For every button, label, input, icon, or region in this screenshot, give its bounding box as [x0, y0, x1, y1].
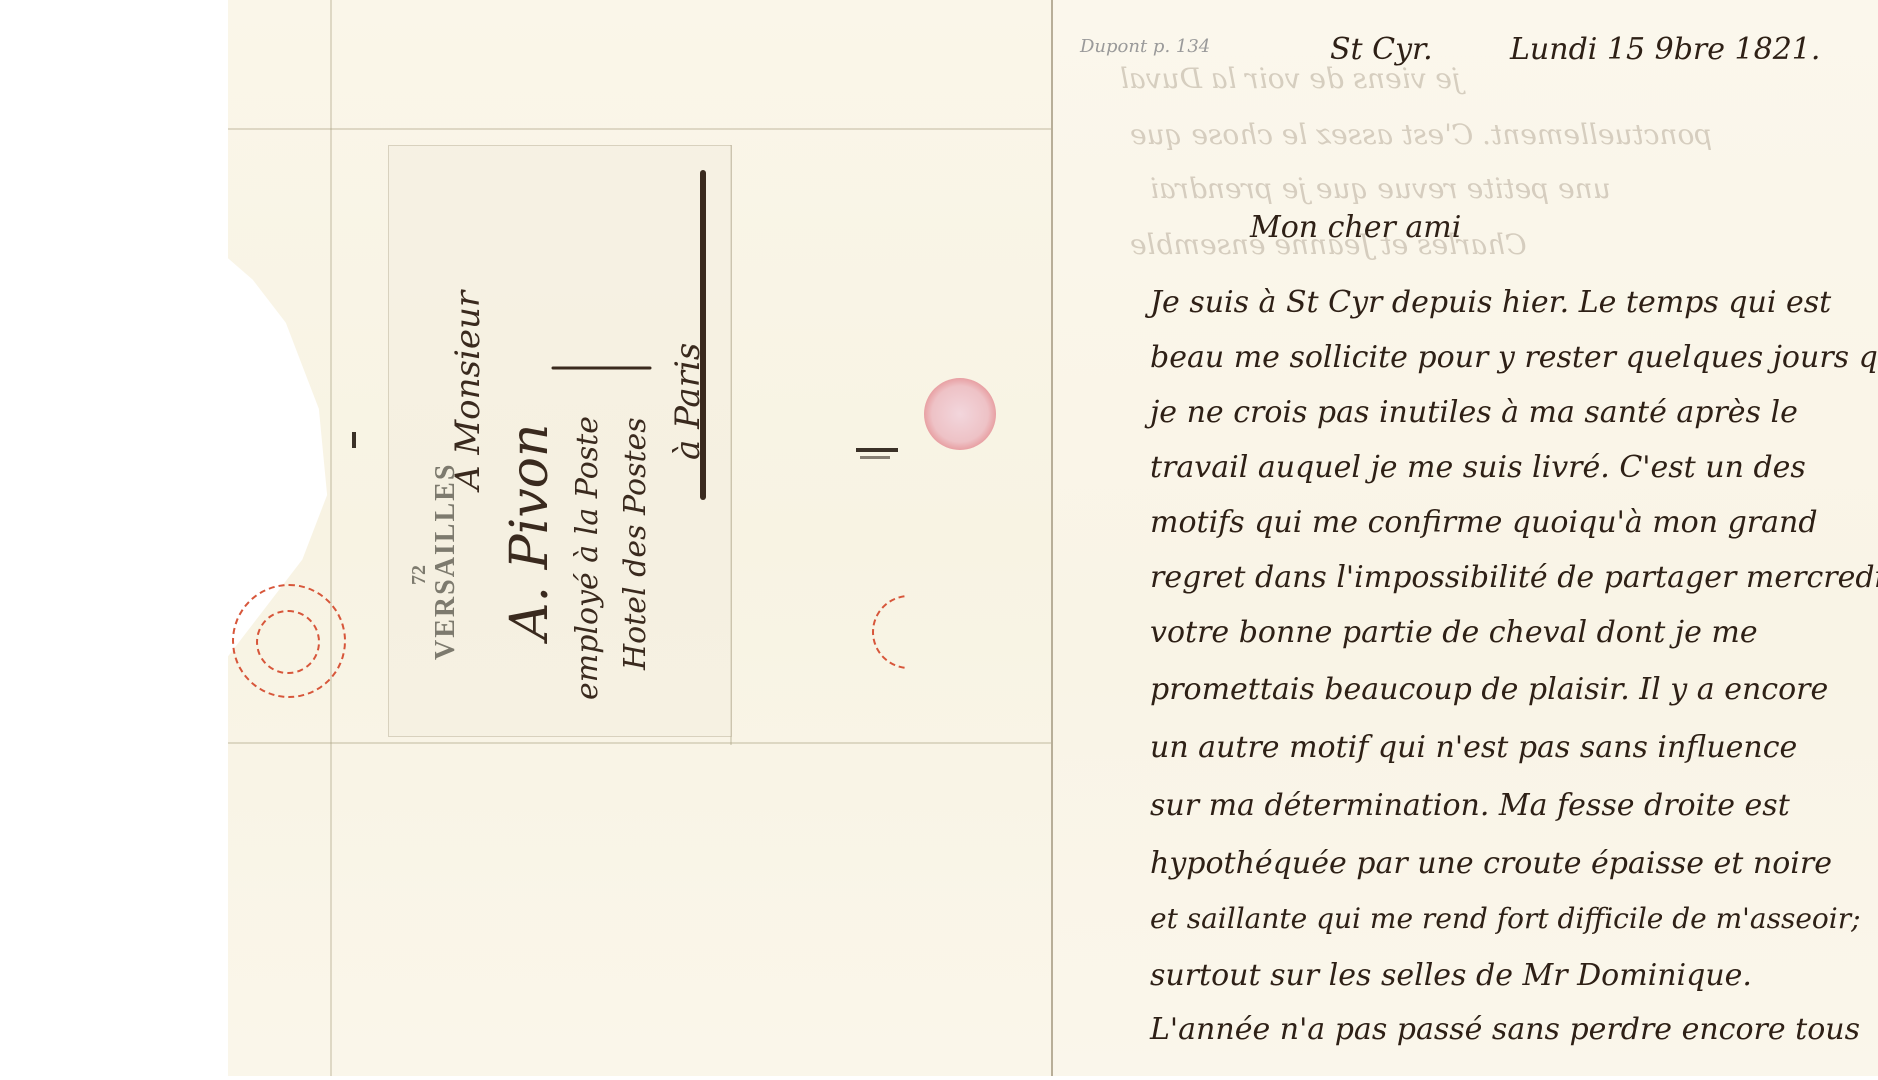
wax-seal — [924, 378, 996, 450]
letter-place: St Cyr. — [1330, 32, 1433, 67]
letter-line: un autre motif qui n'est pas sans influe… — [1150, 730, 1797, 765]
letter-line: motifs qui me confirme quoiqu'à mon gran… — [1150, 505, 1818, 540]
address-flourish — [552, 367, 652, 370]
bleed-through-text: une petite revue que je prendrai — [1150, 172, 1611, 205]
address-line-monsieur: A Monsieur — [448, 291, 488, 490]
address-underline — [700, 170, 706, 500]
address-line-hotel: Hotel des Postes — [618, 417, 653, 670]
ink-mark-bar — [856, 448, 898, 452]
letter-line: Je suis à St Cyr depuis hier. Le temps q… — [1150, 285, 1831, 320]
letter-line: et saillante qui me rend fort difficile … — [1150, 902, 1861, 935]
letter-line: hypothéquée par une croute épaisse et no… — [1150, 846, 1832, 881]
center-fold — [1051, 0, 1053, 1076]
ink-mark — [352, 432, 356, 448]
letter-date: Lundi 15 9bre 1821. — [1510, 32, 1820, 67]
bleed-through-text: ponctuellement. C'est assez le chose que — [1130, 118, 1712, 151]
postal-stamp-number: 72 — [408, 565, 431, 585]
postal-stamp-town: VERSAILLES — [430, 463, 462, 660]
letter-line: sur ma détermination. Ma fesse droite es… — [1150, 788, 1790, 823]
letter-line: L'année n'a pas passé sans perdre encore… — [1150, 1012, 1860, 1047]
letter-line: travail auquel je me suis livré. C'est u… — [1150, 450, 1806, 485]
fold-line-left — [330, 0, 332, 1076]
letter-line: je ne crois pas inutiles à ma santé aprè… — [1150, 395, 1798, 430]
letter-line: surtout sur les selles de Mr Dominique. — [1150, 958, 1752, 993]
salutation: Mon cher ami — [1250, 210, 1461, 245]
address-line-employe: employé à la Poste — [570, 416, 605, 700]
red-postmark-inner — [256, 610, 320, 674]
address-line-name: A. Pivon — [500, 424, 560, 640]
ink-mark-bar-2 — [860, 456, 890, 459]
letter-line: beau me sollicite pour y rester quelques… — [1150, 340, 1878, 375]
fold-line-top — [228, 128, 1052, 130]
letter-sheet: 72 VERSAILLES A Monsieur A. Pivon employ… — [0, 0, 1878, 1080]
letter-line: promettais beaucoup de plaisir. Il y a e… — [1150, 672, 1828, 707]
fold-line-bottom — [228, 742, 1052, 744]
pencil-annotation: Dupont p. 134 — [1080, 36, 1210, 57]
letter-line: regret dans l'impossibilité de partager … — [1150, 560, 1878, 595]
letter-line: votre bonne partie de cheval dont je me — [1150, 615, 1758, 650]
